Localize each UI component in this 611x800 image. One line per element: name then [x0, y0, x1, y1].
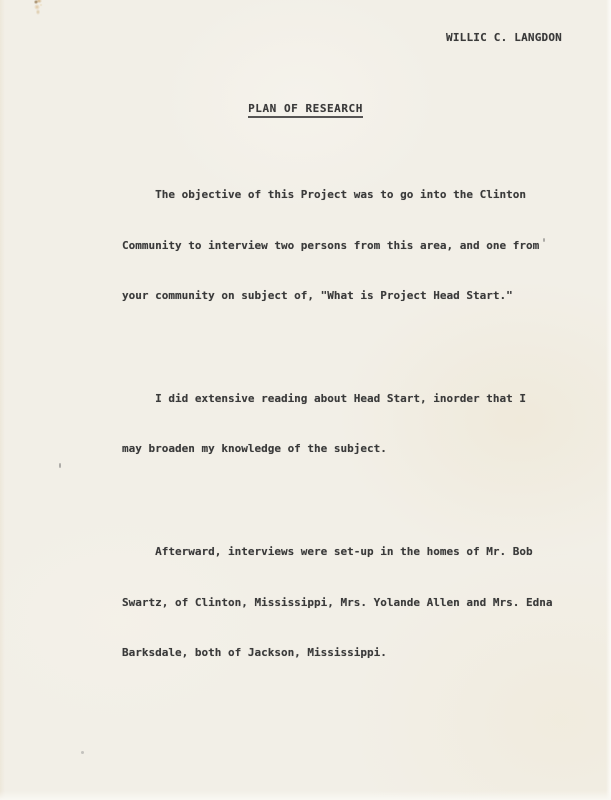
author-name: WILLIC C. LANGDON	[446, 31, 562, 44]
title-row: PLAN OF RESEARCH	[0, 97, 611, 118]
text-line: The objective of this Project was to go …	[122, 183, 552, 208]
text-line: Community to interview two persons from …	[122, 234, 552, 259]
paper-speck	[543, 238, 545, 242]
page-edge-bottom	[0, 791, 611, 800]
text-line: may broaden my knowledge of the subject.	[122, 437, 552, 462]
paragraph-reading: I did extensive reading about Head Start…	[122, 361, 552, 488]
page-edge-right	[606, 0, 611, 800]
paper-speck	[81, 751, 84, 754]
text-line: Barksdale, both of Jackson, Mississippi.	[122, 641, 552, 666]
text-line: Afterward, interviews were set-up in the…	[122, 540, 552, 565]
page-edge-left	[0, 0, 5, 800]
text-line: your community on subject of, "What is P…	[122, 284, 552, 309]
document-title: PLAN OF RESEARCH	[248, 102, 363, 118]
text-line: Swartz, of Clinton, Mississippi, Mrs. Yo…	[122, 591, 552, 616]
text-line: I did extensive reading about Head Start…	[122, 387, 552, 412]
paragraph-objective: The objective of this Project was to go …	[122, 157, 552, 335]
document-body: The objective of this Project was to go …	[122, 131, 552, 718]
paper-smudge	[30, 0, 46, 17]
paper-speck	[59, 463, 61, 468]
scanned-document-page: WILLIC C. LANGDON PLAN OF RESEARCH The o…	[0, 0, 611, 800]
paragraph-interviews: Afterward, interviews were set-up in the…	[122, 514, 552, 692]
